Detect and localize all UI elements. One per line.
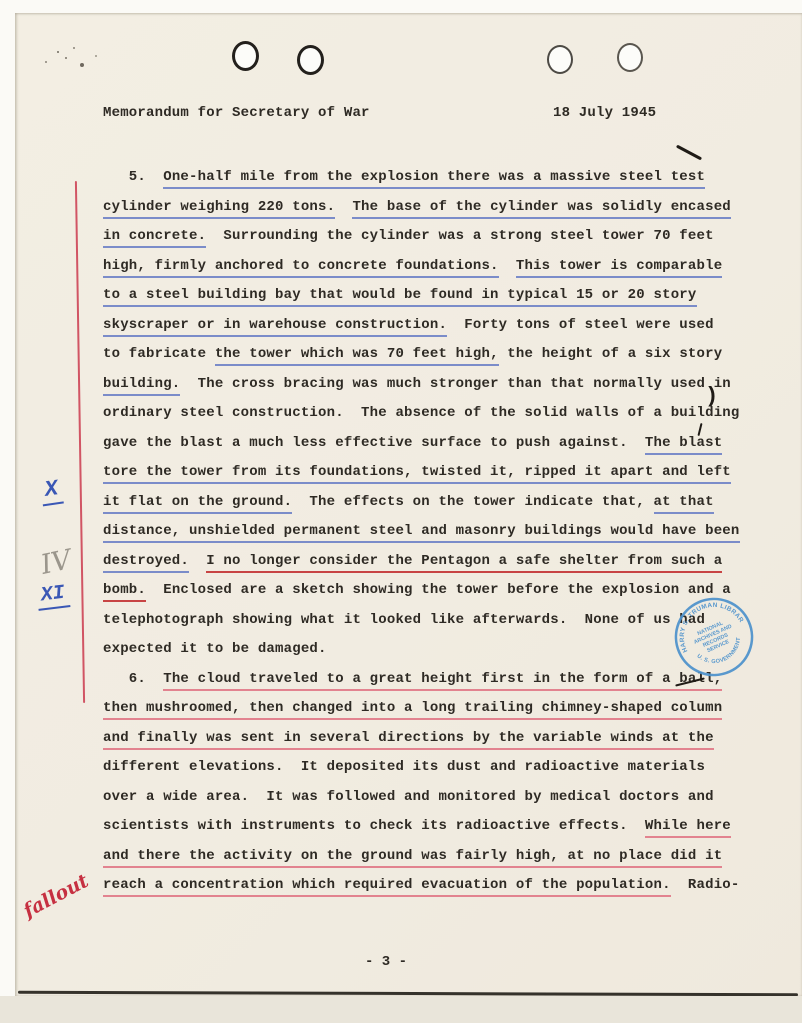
text-line: distance, unshielded permanent steel and… xyxy=(103,517,763,547)
pen-paren-mark: ) xyxy=(705,384,718,409)
text-line: gave the blast a much less effective sur… xyxy=(103,429,763,459)
underlined-text: One-half mile from the explosion there w… xyxy=(163,169,705,189)
handwritten-note-fallout: fallout xyxy=(20,870,92,922)
text-line: tore the tower from its foundations, twi… xyxy=(103,458,763,488)
text-segment: scientists with instruments to check its… xyxy=(103,818,645,834)
underlined-text: destroyed. xyxy=(103,553,189,573)
text-segment: Radio- xyxy=(671,877,740,893)
underlined-text: in concrete. xyxy=(103,228,206,248)
text-segment: gave the blast a much less effective sur… xyxy=(103,435,645,451)
text-line: skyscraper or in warehouse construction.… xyxy=(103,311,763,341)
red-margin-line xyxy=(75,181,85,703)
pen-check-mark xyxy=(676,145,702,161)
text-line: to fabricate the tower which was 70 feet… xyxy=(103,340,763,370)
text-line: 6. The cloud traveled to a great height … xyxy=(103,665,763,695)
text-line: cylinder weighing 220 tons. The base of … xyxy=(103,193,763,223)
underlined-text: bomb. xyxy=(103,582,146,602)
text-segment: The cross bracing was much stronger than… xyxy=(180,376,731,392)
text-segment xyxy=(499,258,516,274)
text-segment xyxy=(335,199,352,215)
text-line: to a steel building bay that would be fo… xyxy=(103,281,763,311)
text-segment: 5. xyxy=(103,169,163,185)
text-segment: 6. xyxy=(103,671,163,687)
text-line: different elevations. It deposited its d… xyxy=(103,753,763,783)
punch-hole xyxy=(297,45,324,75)
text-segment: the height of a six story xyxy=(499,346,723,362)
text-line: and finally was sent in several directio… xyxy=(103,724,763,754)
text-line: scientists with instruments to check its… xyxy=(103,812,763,842)
ink-specks xyxy=(57,51,59,53)
document-title: Memorandum for Secretary of War xyxy=(103,105,370,121)
memo-body: 5. One-half mile from the explosion ther… xyxy=(103,163,763,901)
underlined-text: The base of the cylinder was solidly enc… xyxy=(352,199,730,219)
text-line: destroyed. I no longer consider the Pent… xyxy=(103,547,763,577)
underlined-text: the tower which was 70 feet high, xyxy=(215,346,499,366)
underlined-text: building. xyxy=(103,376,180,396)
page-number: - 3 - xyxy=(365,954,407,970)
underlined-text: While here xyxy=(645,818,731,838)
margin-annotation-xi: XI xyxy=(36,581,71,611)
underlined-text: and finally was sent in several directio… xyxy=(103,730,714,750)
text-line: expected it to be damaged. xyxy=(103,635,763,665)
text-segment: Forty tons of steel were used xyxy=(447,317,714,333)
text-segment: Enclosed are a sketch showing the tower … xyxy=(146,582,731,598)
underlined-text: then mushroomed, then changed into a lon… xyxy=(103,700,722,720)
underlined-text: distance, unshielded permanent steel and… xyxy=(103,523,740,543)
text-line: bomb. Enclosed are a sketch showing the … xyxy=(103,576,763,606)
text-line: then mushroomed, then changed into a lon… xyxy=(103,694,763,724)
text-line: over a wide area. It was followed and mo… xyxy=(103,783,763,813)
text-segment: different elevations. It deposited its d… xyxy=(103,759,705,775)
text-segment: to fabricate xyxy=(103,346,215,362)
underlined-text: and there the activity on the ground was… xyxy=(103,848,722,868)
text-line: high, firmly anchored to concrete founda… xyxy=(103,252,763,282)
underlined-text: cylinder weighing 220 tons. xyxy=(103,199,335,219)
margin-annotation-iv: IV xyxy=(38,544,74,581)
text-segment: Surrounding the cylinder was a strong st… xyxy=(206,228,713,244)
underlined-text: reach a concentration which required eva… xyxy=(103,877,671,897)
margin-annotation-x: X xyxy=(39,476,64,507)
text-line: it flat on the ground. The effects on th… xyxy=(103,488,763,518)
document-date: 18 July 1945 xyxy=(553,105,656,121)
text-line: 5. One-half mile from the explosion ther… xyxy=(103,163,763,193)
scanner-background xyxy=(0,996,802,1023)
underlined-text: at that xyxy=(654,494,714,514)
underlined-text: high, firmly anchored to concrete founda… xyxy=(103,258,499,278)
screenshot-root: { "header": { "title": "Memorandum for S… xyxy=(0,0,802,1023)
underlined-text: This tower is comparable xyxy=(516,258,722,278)
underlined-text: The blast xyxy=(645,435,722,455)
underlined-text: it flat on the ground. xyxy=(103,494,292,514)
punch-hole xyxy=(232,41,259,71)
punch-hole xyxy=(547,45,573,74)
text-segment: The effects on the tower indicate that, xyxy=(292,494,653,510)
text-segment xyxy=(189,553,206,569)
underlined-text: to a steel building bay that would be fo… xyxy=(103,287,697,307)
text-line: building. The cross bracing was much str… xyxy=(103,370,763,400)
underlined-text: The cloud traveled to a great height fir… xyxy=(163,671,722,691)
text-segment: ordinary steel construction. The absence… xyxy=(103,405,740,421)
text-segment: telephotograph showing what it looked li… xyxy=(103,612,705,628)
punch-hole xyxy=(617,43,643,72)
underlined-text: I no longer consider the Pentagon a safe… xyxy=(206,553,722,573)
text-line: ordinary steel construction. The absence… xyxy=(103,399,763,429)
underlined-text: tore the tower from its foundations, twi… xyxy=(103,464,731,484)
text-line: in concrete. Surrounding the cylinder wa… xyxy=(103,222,763,252)
text-line: and there the activity on the ground was… xyxy=(103,842,763,872)
underlined-text: skyscraper or in warehouse construction. xyxy=(103,317,447,337)
text-segment: expected it to be damaged. xyxy=(103,641,327,657)
text-segment: over a wide area. It was followed and mo… xyxy=(103,789,714,805)
paper-sheet: Memorandum for Secretary of War 18 July … xyxy=(15,13,802,996)
text-line: reach a concentration which required eva… xyxy=(103,871,763,901)
